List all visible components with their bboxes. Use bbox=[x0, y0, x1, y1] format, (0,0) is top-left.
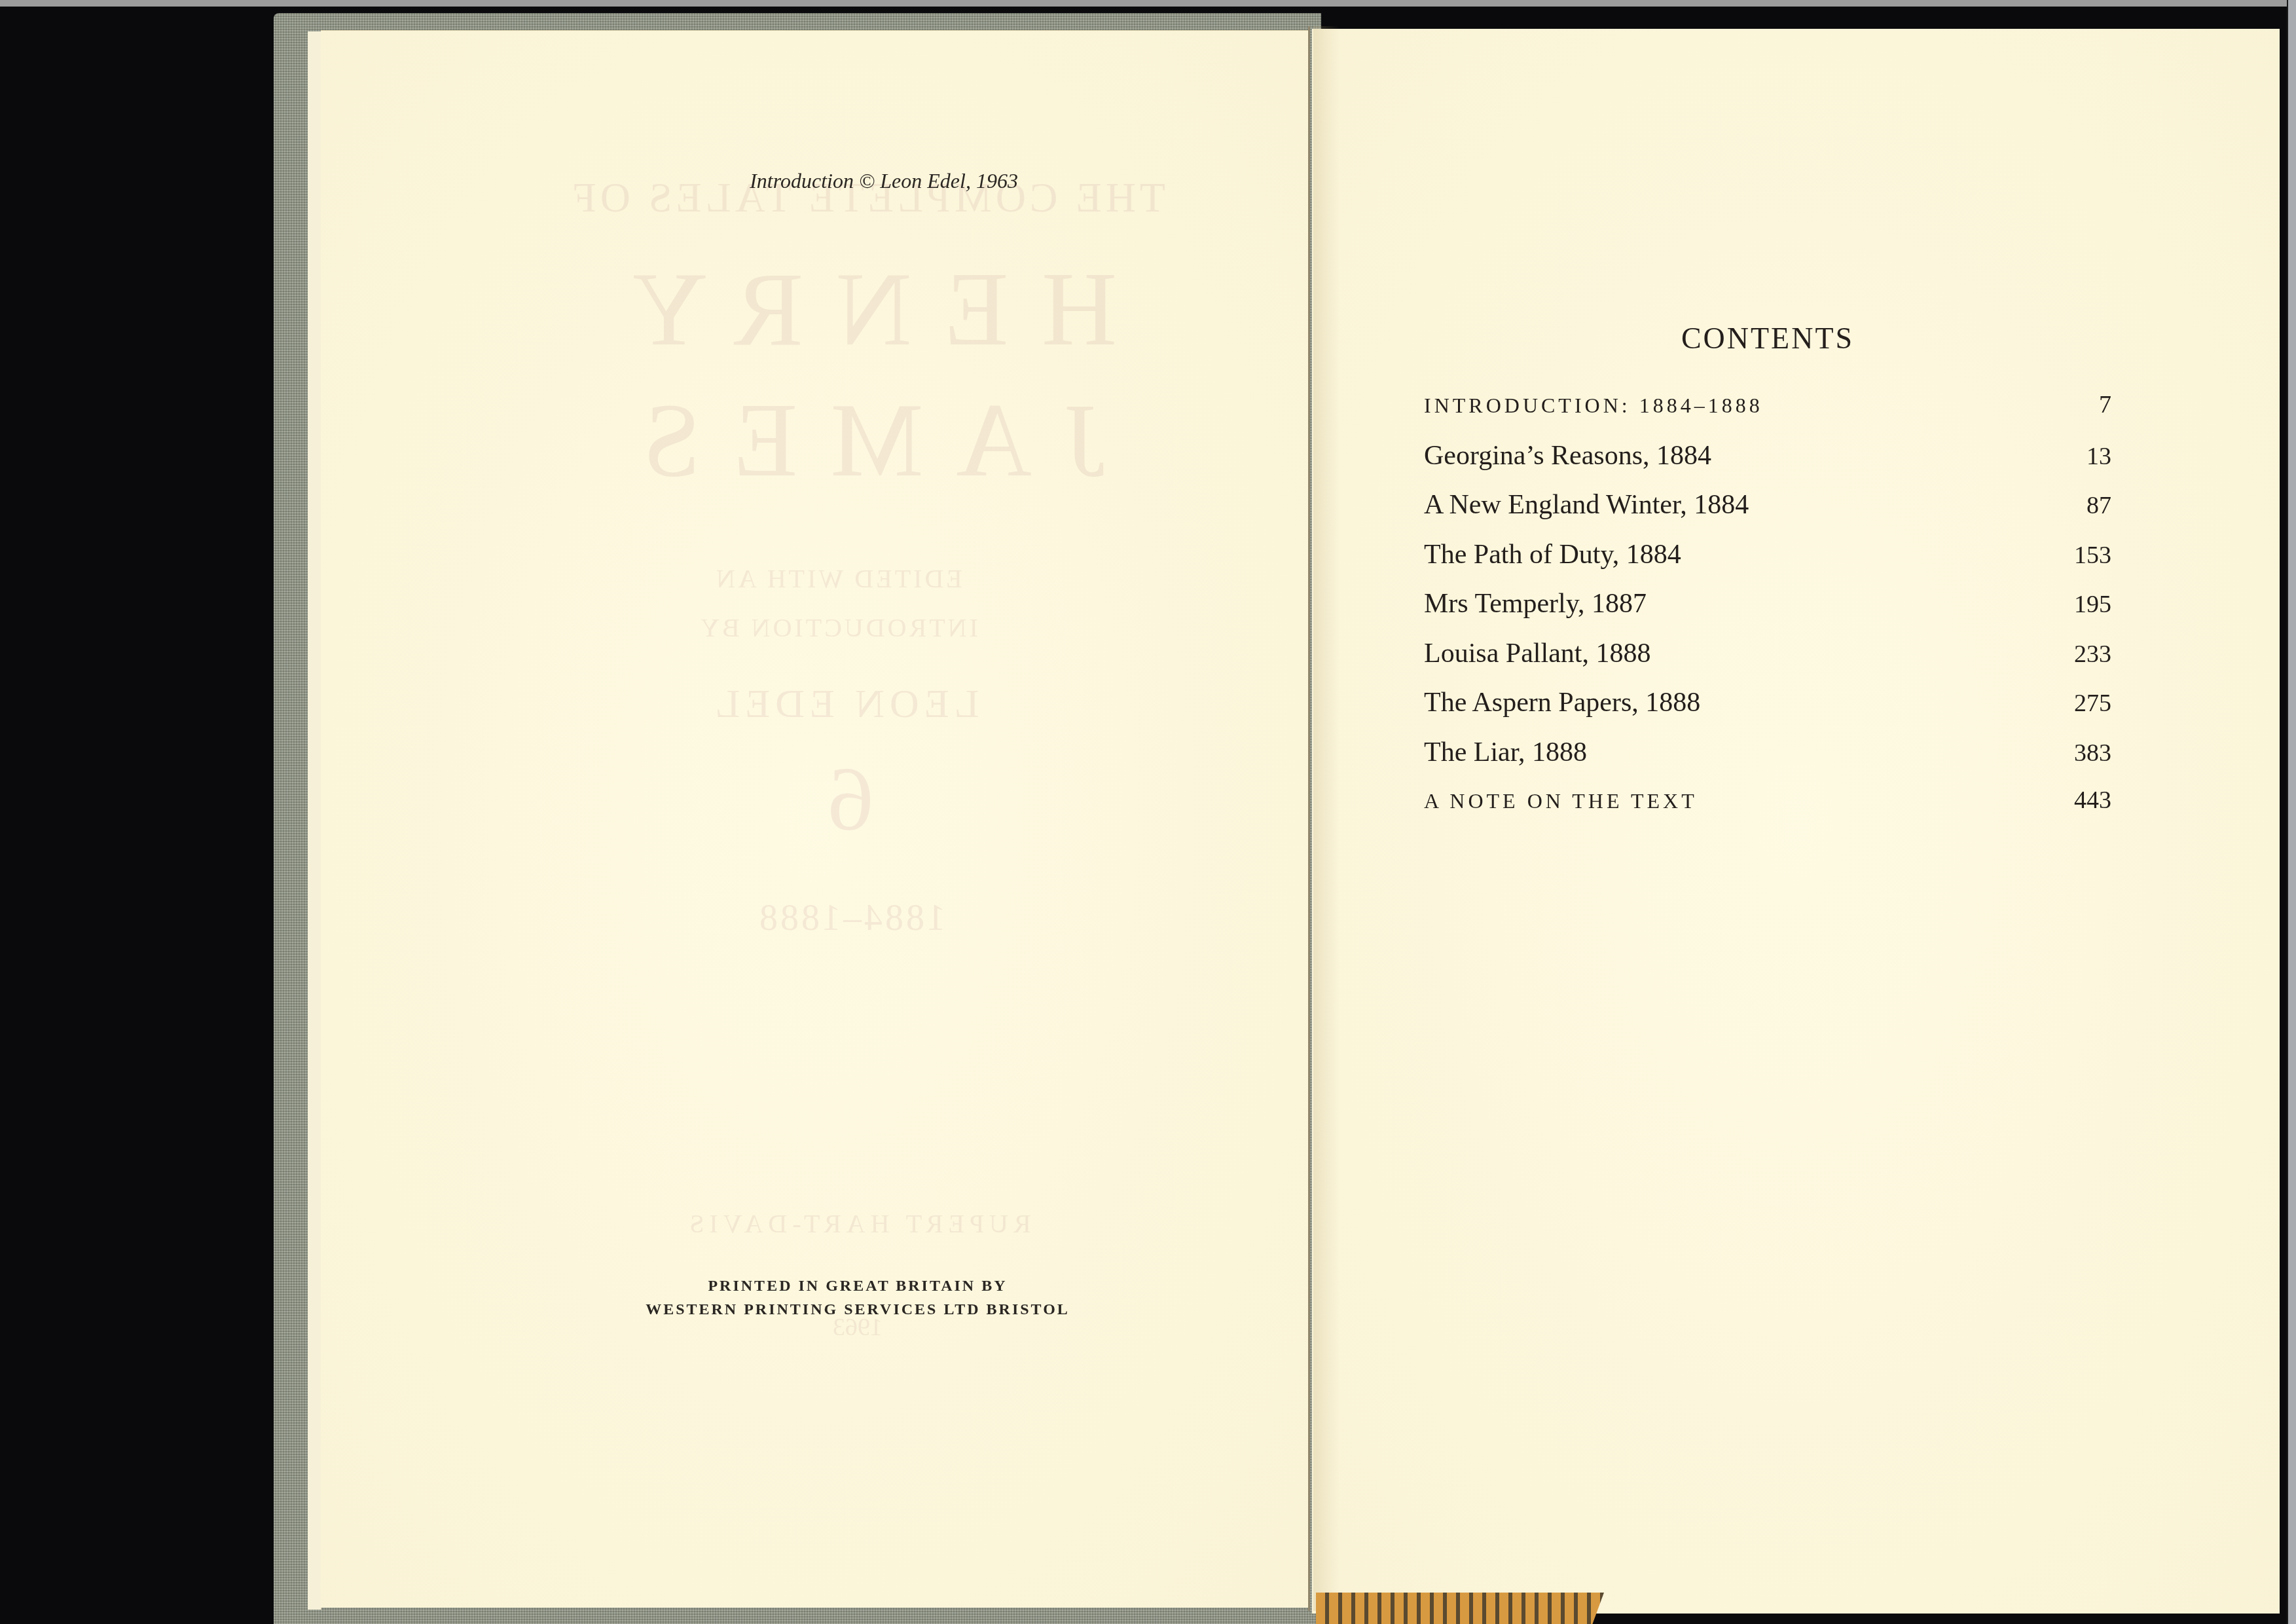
printer-line-1: PRINTED IN GREAT BRITAIN BY bbox=[615, 1274, 1100, 1298]
scanner-edge-top bbox=[0, 0, 2296, 7]
page-edge-strip bbox=[1316, 1593, 1604, 1624]
toc-entry-page: 275 bbox=[2074, 689, 2111, 718]
toc-entry: A NOTE ON THE TEXT 443 bbox=[1424, 786, 2111, 836]
gutter-shadow bbox=[1313, 26, 1339, 1611]
toc-entry-title: Georgina’s Reasons, 1884 bbox=[1424, 440, 1711, 471]
toc-entry: INTRODUCTION: 1884–1888 7 bbox=[1424, 390, 2111, 440]
book-spine-gutter bbox=[1308, 26, 1310, 1611]
toc-entry-page: 443 bbox=[2074, 786, 2111, 815]
copyright-notice: Introduction © Leon Edel, 1963 bbox=[655, 169, 1113, 193]
toc-entry: Louisa Pallant, 1888 233 bbox=[1424, 638, 2111, 688]
toc-entry-title: A NOTE ON THE TEXT bbox=[1424, 789, 1698, 813]
flyleaf-edge bbox=[308, 31, 321, 1610]
left-page bbox=[321, 30, 1309, 1608]
printer-imprint: PRINTED IN GREAT BRITAIN BY WESTERN PRIN… bbox=[615, 1274, 1100, 1321]
toc-entry-title: The Aspern Papers, 1888 bbox=[1424, 687, 1700, 718]
toc-entry-page: 13 bbox=[2086, 442, 2111, 471]
toc-entry-title: Louisa Pallant, 1888 bbox=[1424, 638, 1650, 669]
toc-entry: The Path of Duty, 1884 153 bbox=[1424, 539, 2111, 589]
toc-entry-page: 383 bbox=[2074, 739, 2111, 767]
contents-heading: CONTENTS bbox=[1637, 321, 1899, 356]
toc-entry: A New England Winter, 1884 87 bbox=[1424, 489, 2111, 539]
toc-entry-page: 87 bbox=[2086, 491, 2111, 520]
toc-entry-page: 153 bbox=[2074, 541, 2111, 570]
toc-entry-title: The Path of Duty, 1884 bbox=[1424, 539, 1681, 570]
toc-entry: Mrs Temperly, 1887 195 bbox=[1424, 588, 2111, 638]
scanner-edge-right bbox=[2287, 0, 2296, 1624]
toc-entry-page: 195 bbox=[2074, 590, 2111, 619]
toc-entry-title: INTRODUCTION: 1884–1888 bbox=[1424, 394, 1763, 418]
table-of-contents: INTRODUCTION: 1884–1888 7 Georgina’s Rea… bbox=[1424, 390, 2111, 836]
toc-entry: The Aspern Papers, 1888 275 bbox=[1424, 687, 2111, 737]
toc-entry-page: 233 bbox=[2074, 640, 2111, 669]
toc-entry: Georgina’s Reasons, 1884 13 bbox=[1424, 440, 2111, 490]
toc-entry-page: 7 bbox=[2099, 390, 2111, 419]
toc-entry: The Liar, 1888 383 bbox=[1424, 737, 2111, 786]
toc-entry-title: The Liar, 1888 bbox=[1424, 737, 1587, 768]
toc-entry-title: Mrs Temperly, 1887 bbox=[1424, 588, 1647, 619]
printer-line-2: WESTERN PRINTING SERVICES LTD BRISTOL bbox=[615, 1298, 1100, 1321]
toc-entry-title: A New England Winter, 1884 bbox=[1424, 489, 1749, 521]
